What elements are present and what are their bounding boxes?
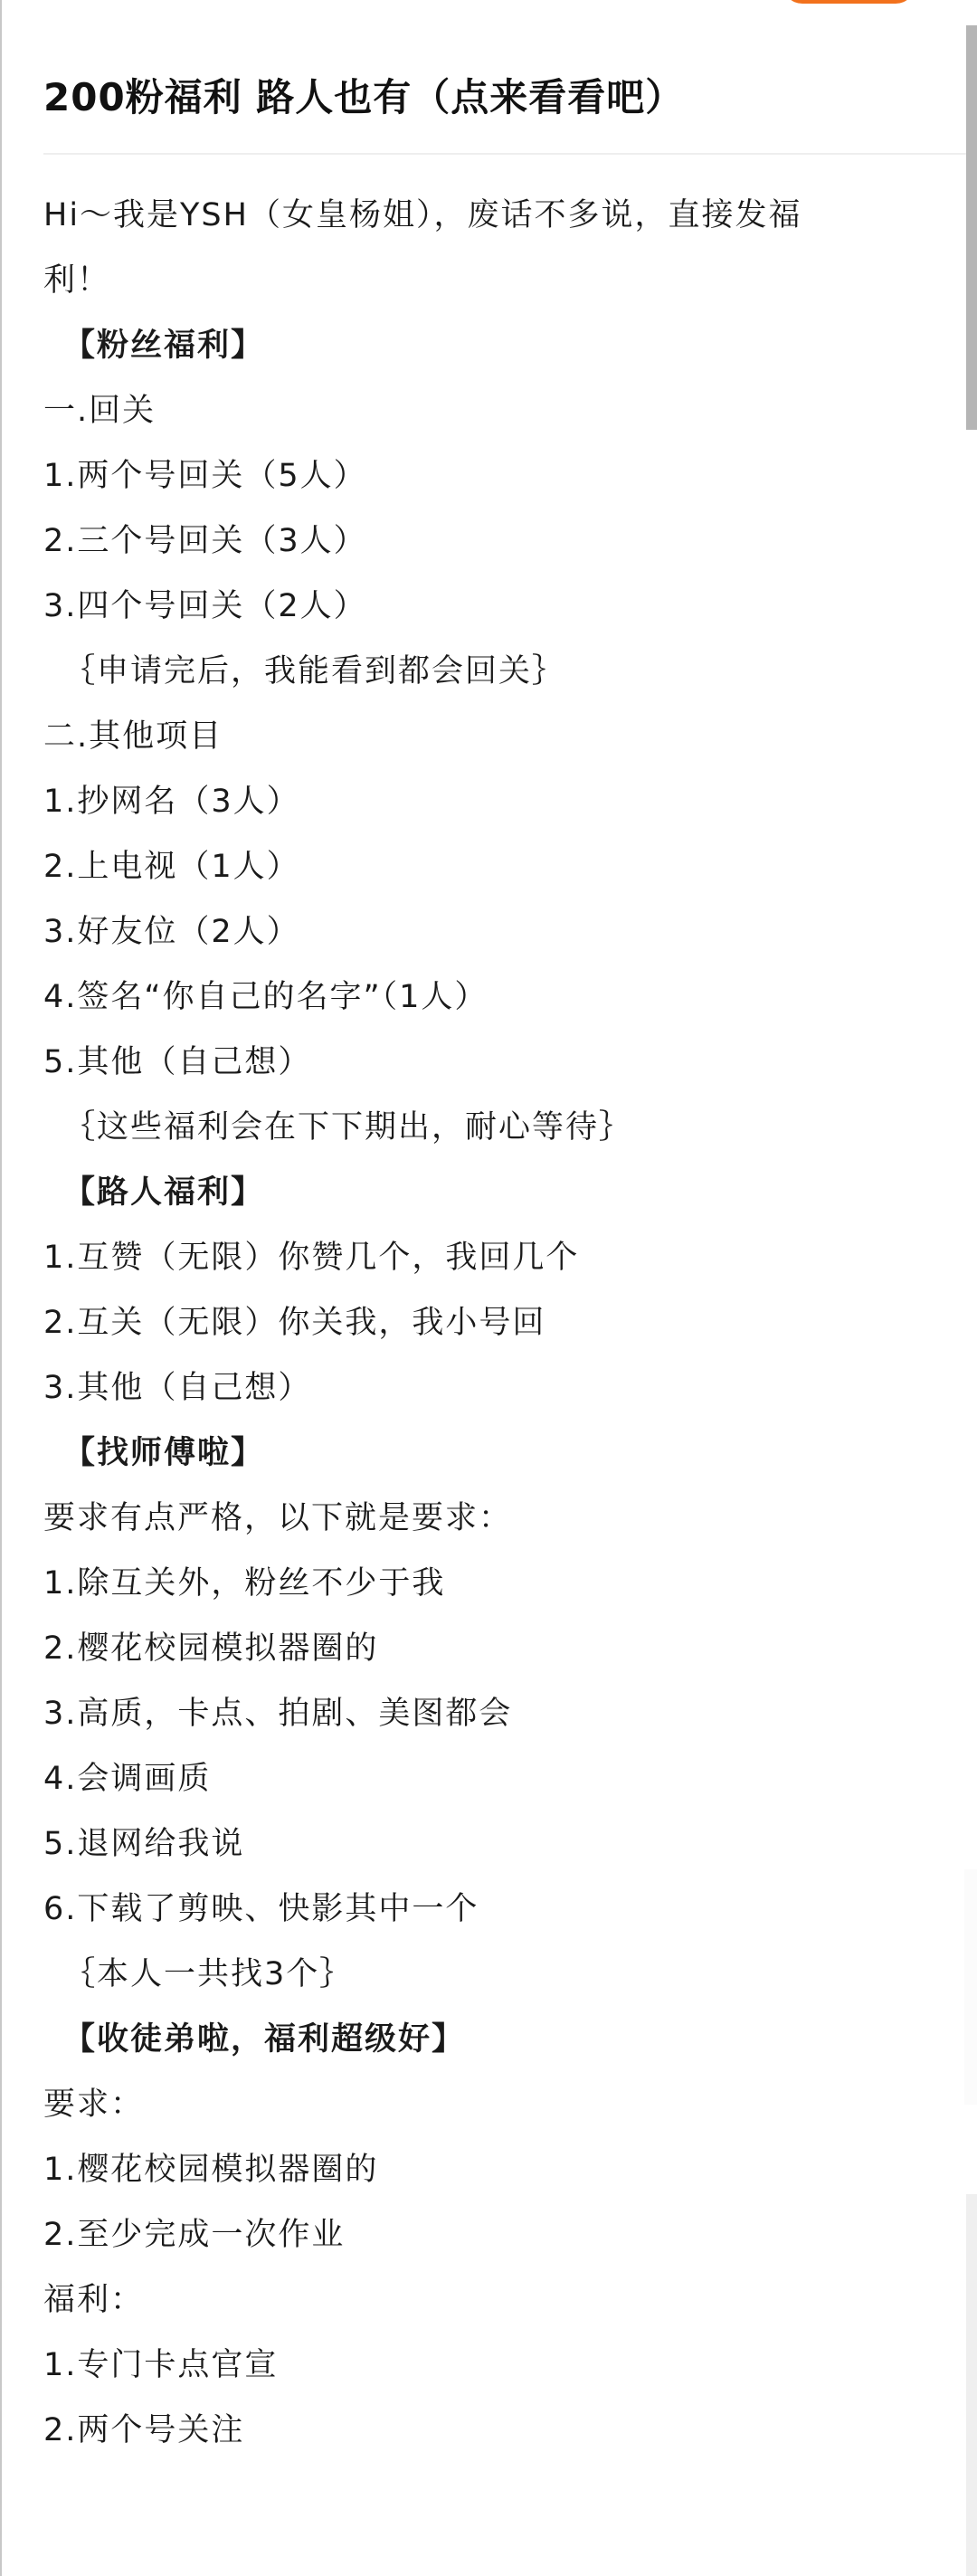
list-item: 5.其他（自己想） (43, 1030, 939, 1095)
note-line: ｛本人一共找3个｝ (43, 1942, 939, 2007)
list-item: 1.专门卡点官宣 (43, 2333, 939, 2398)
intro-line: 利！ (43, 248, 939, 313)
list-item: 2.上电视（1人） (43, 834, 939, 899)
subheading-other-items: 二.其他项目 (43, 704, 939, 769)
list-item: 2.三个号回关（3人） (43, 509, 939, 574)
list-item: 2.至少完成一次作业 (43, 2202, 939, 2267)
scrollbar-track-segment (964, 1869, 977, 2105)
list-item: 3.其他（自己想） (43, 1355, 939, 1421)
list-item: 6.下载了剪映、快影其中一个 (43, 1877, 939, 1942)
section-heading-find-mentor: 【找师傅啦】 (43, 1421, 939, 1486)
list-item: 3.好友位（2人） (43, 899, 939, 965)
list-item: 1.除互关外，粉丝不少于我 (43, 1551, 939, 1616)
list-item: 2.樱花校园模拟器圈的 (43, 1616, 939, 1681)
list-item: 3.四个号回关（2人） (43, 574, 939, 639)
top-action-button[interactable] (783, 0, 915, 4)
paragraph-line: 福利： (43, 2267, 939, 2333)
section-heading-fan-benefits: 【粉丝福利】 (43, 313, 939, 378)
list-item: 3.高质，卡点、拍剧、美图都会 (43, 1681, 939, 1746)
post-body: Hi～我是YSH（女皇杨姐），废话不多说，直接发福 利！ 【粉丝福利】 一.回关… (43, 183, 939, 2463)
subheading-follow-back: 一.回关 (43, 378, 939, 443)
section-heading-passerby-benefits: 【路人福利】 (43, 1160, 939, 1225)
list-item: 2.互关（无限）你关我，我小号回 (43, 1290, 939, 1355)
list-item: 1.抄网名（3人） (43, 769, 939, 834)
note-line: ｛这些福利会在下下期出，耐心等待｝ (43, 1095, 939, 1160)
paragraph-line: 要求有点严格，以下就是要求： (43, 1486, 939, 1551)
list-item: 4.签名“你自己的名字”（1人） (43, 965, 939, 1030)
list-item: 4.会调画质 (43, 1746, 939, 1811)
list-item: 1.樱花校园模拟器圈的 (43, 2137, 939, 2202)
scrollbar-track-segment (966, 2194, 977, 2576)
scrollbar-thumb[interactable] (966, 25, 977, 430)
list-item: 5.退网给我说 (43, 1811, 939, 1877)
list-item: 2.两个号关注 (43, 2398, 939, 2463)
page-left-border (0, 0, 2, 2576)
list-item: 1.两个号回关（5人） (43, 443, 939, 509)
intro-line: Hi～我是YSH（女皇杨姐），废话不多说，直接发福 (43, 183, 939, 248)
list-item: 1.互赞（无限）你赞几个，我回几个 (43, 1225, 939, 1290)
post-title: 200粉福利 路人也有（点来看看吧） (43, 71, 684, 125)
title-divider (43, 153, 977, 155)
paragraph-line: 要求： (43, 2072, 939, 2137)
note-line: ｛申请完后，我能看到都会回关｝ (43, 639, 939, 704)
section-heading-recruit-apprentice: 【收徒弟啦，福利超级好】 (43, 2007, 939, 2072)
